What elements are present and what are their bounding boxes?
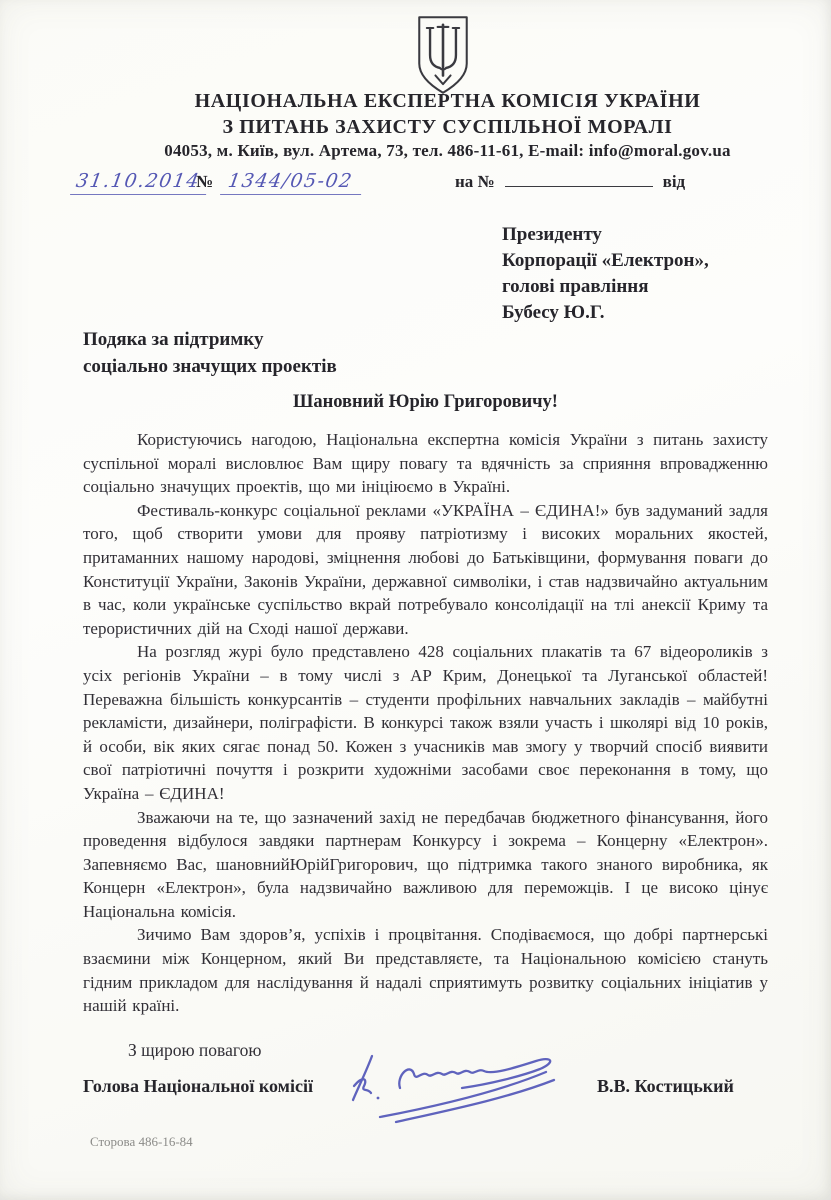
salutation: Шановний Юрію Григоровичу! [83, 392, 768, 413]
reference-row: 31.10.2014 № 1344/05-02 на №від [0, 168, 831, 202]
incoming-ref-labels: на №від [455, 172, 685, 192]
addressee-line: Бубесу Ю.Г. [502, 300, 802, 326]
body-paragraph: Користуючись нагодою, Національна експер… [83, 428, 768, 499]
body-paragraph: Зичимо Вам здоров’я, успіхів і процвітан… [83, 923, 768, 1017]
subject-line: соціально значущих проектів [83, 353, 483, 380]
subject-block: Подяка за підтримку соціально значущих п… [83, 326, 483, 380]
subject-line: Подяка за підтримку [83, 326, 483, 353]
body-paragraph: Зважаючи на те, що зазначений захід не п… [83, 806, 768, 924]
incoming-no-label: на № [455, 172, 495, 191]
tryzub-shield-emblem-icon [405, 14, 481, 96]
valediction: З щирою повагою [128, 1040, 261, 1061]
addressee-block: Президенту Корпорації «Електрон», голові… [502, 222, 802, 326]
body-paragraph: Фестиваль-конкурс соціальної реклами «УК… [83, 499, 768, 641]
incoming-from-label: від [663, 172, 686, 191]
scanned-letter-page: НАЦІОНАЛЬНА ЕКСПЕРТНА КОМІСІЯ УКРАЇНИ З … [0, 0, 831, 1200]
handwritten-ref-number: 1344/05-02 [220, 170, 364, 195]
signer-name: В.В. Костицький [597, 1076, 734, 1097]
handwritten-signature-icon [338, 1042, 588, 1128]
incoming-number-blank-line [505, 172, 653, 187]
signer-title: Голова Національної комісії [83, 1076, 313, 1097]
org-name: НАЦІОНАЛЬНА ЕКСПЕРТНА КОМІСІЯ УКРАЇНИ З … [40, 88, 831, 140]
handwritten-date: 31.10.2014 [70, 170, 210, 195]
ref-number-label: № [196, 172, 213, 192]
body-paragraph: На розгляд журі було представлено 428 со… [83, 640, 768, 805]
executor-note: Сторова 486-16-84 [90, 1134, 193, 1150]
org-address-line: 04053, м. Київ, вул. Артема, 73, тел. 48… [40, 141, 831, 161]
addressee-line: Корпорації «Електрон», [502, 248, 802, 274]
org-name-line1: НАЦІОНАЛЬНА ЕКСПЕРТНА КОМІСІЯ УКРАЇНИ [40, 88, 831, 114]
letter-body: Користуючись нагодою, Національна експер… [83, 428, 768, 1018]
addressee-line: Президенту [502, 222, 802, 248]
org-name-line2: З ПИТАНЬ ЗАХИСТУ СУСПІЛЬНОЇ МОРАЛІ [40, 114, 831, 140]
addressee-line: голові правління [502, 274, 802, 300]
